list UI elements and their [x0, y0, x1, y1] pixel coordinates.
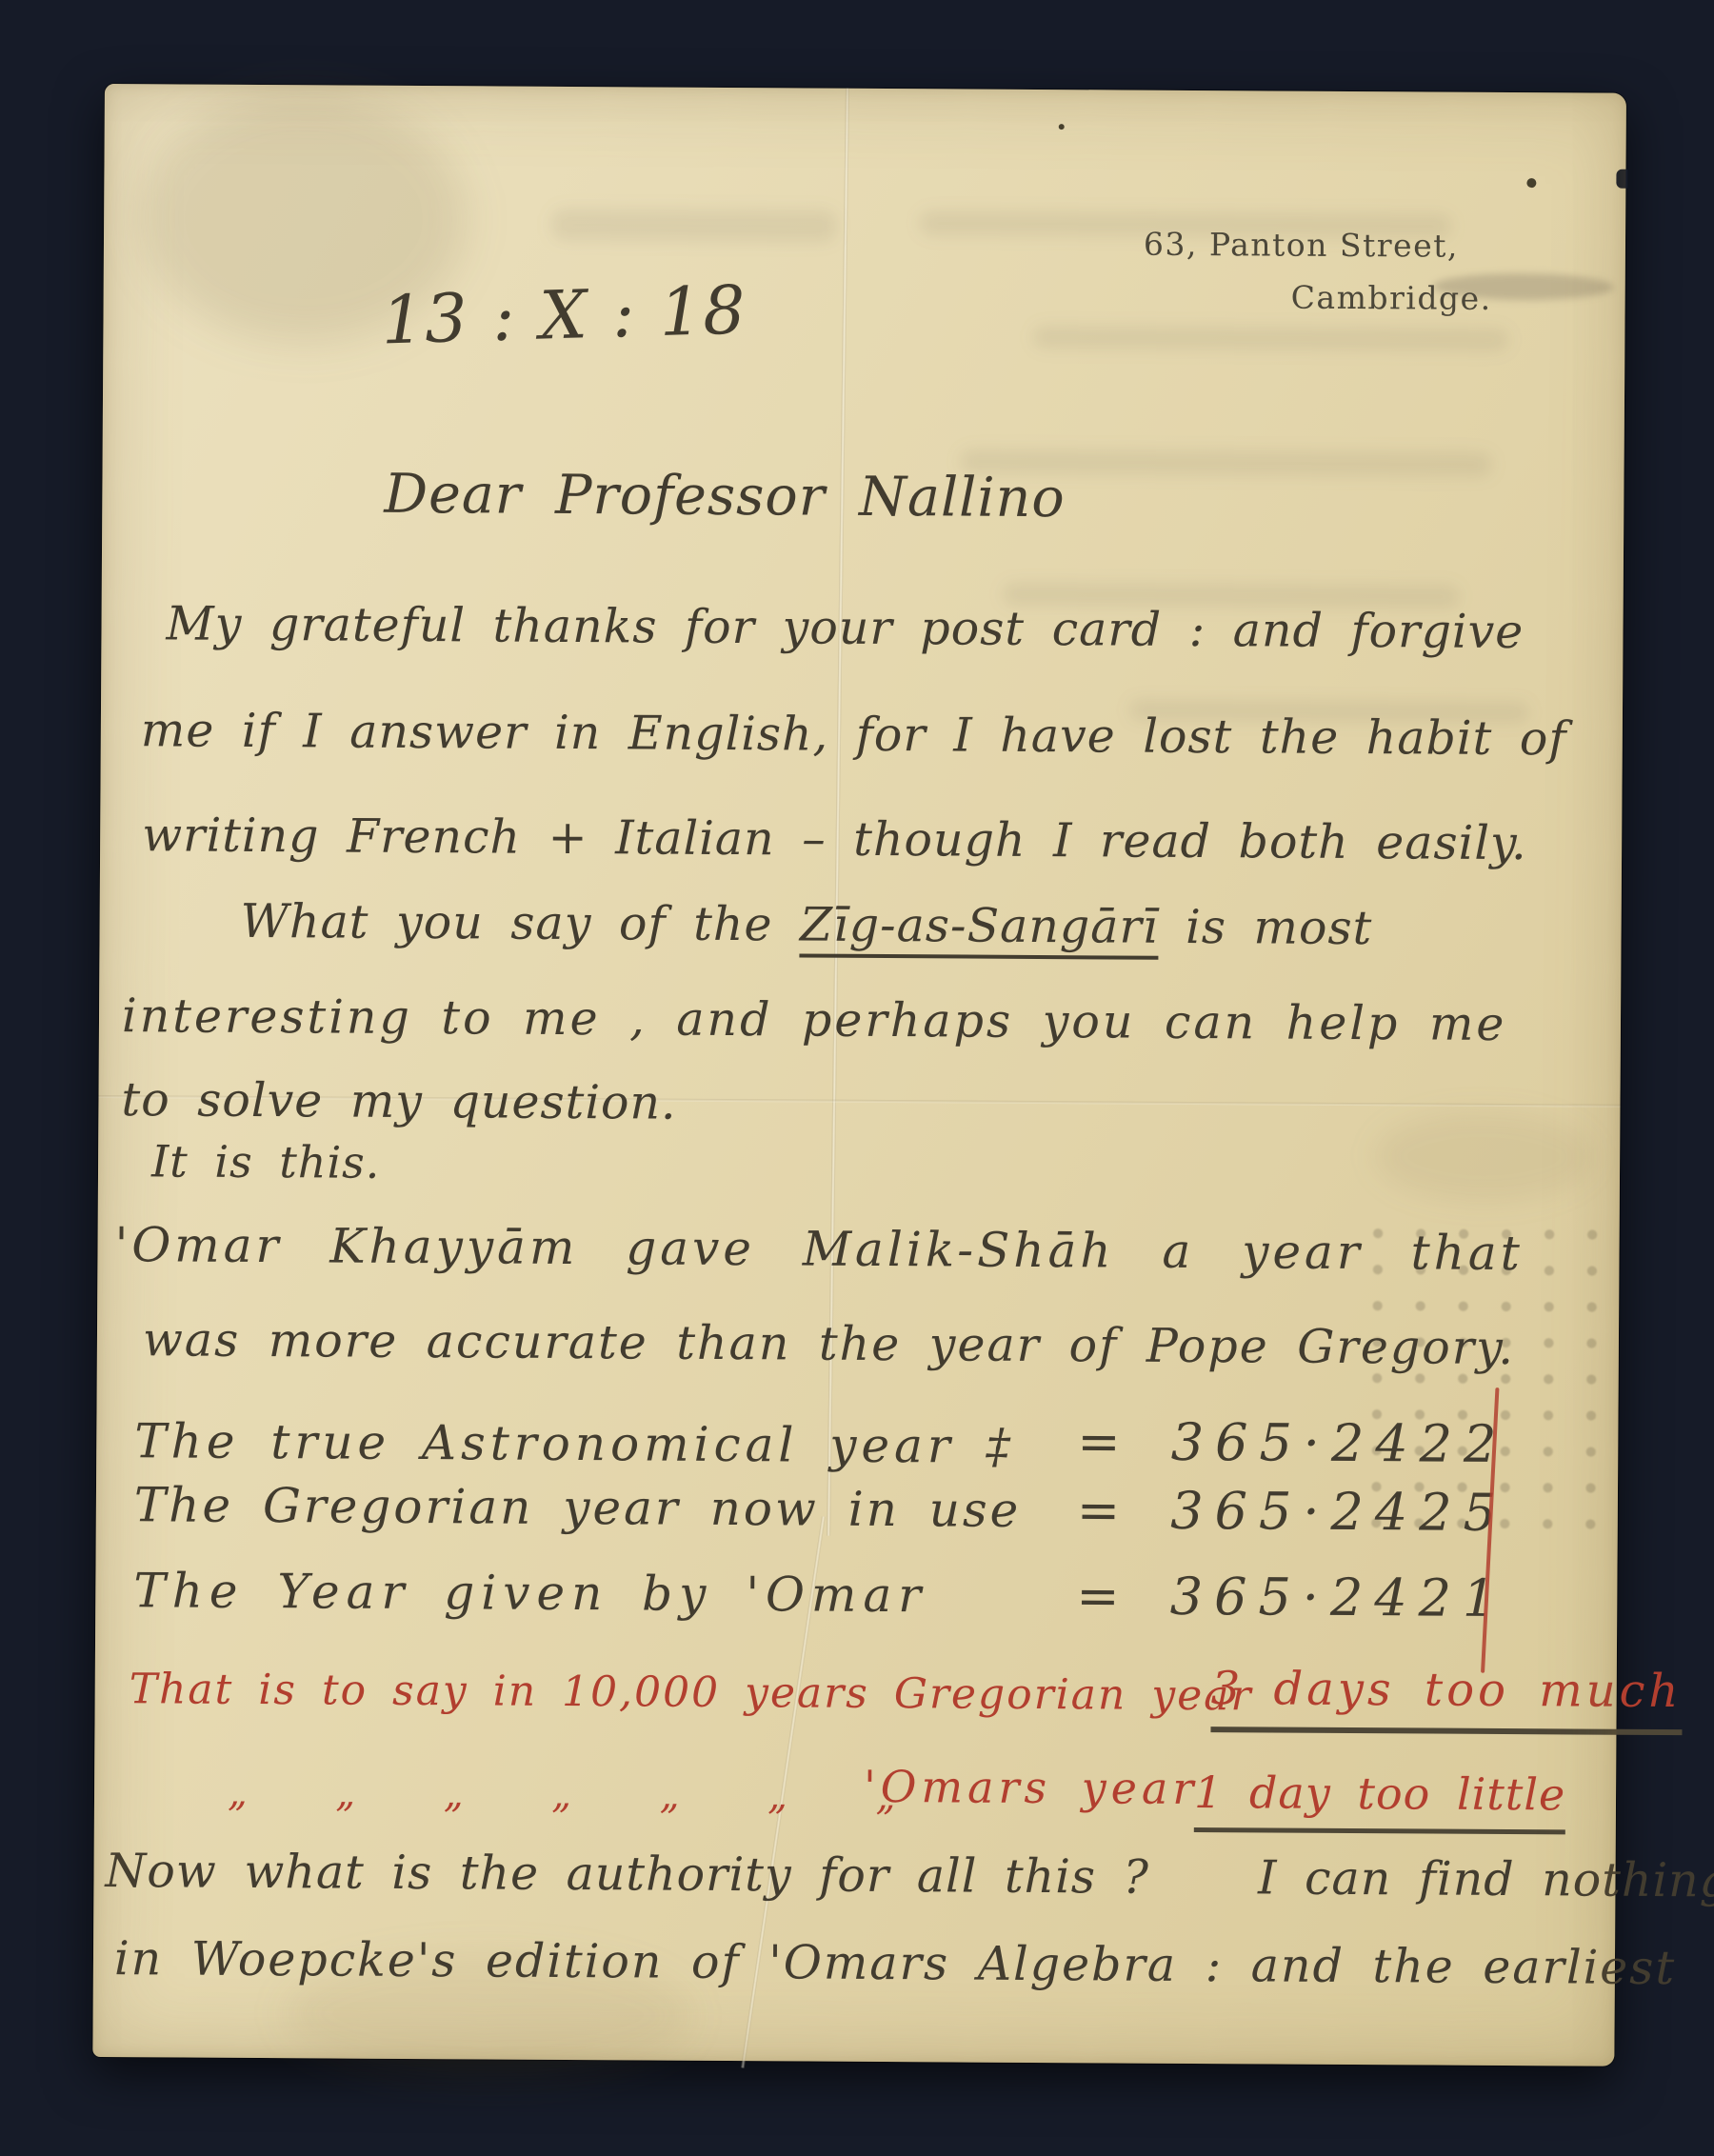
comparison-row-1-value: = 365·2422	[1077, 1413, 1507, 1472]
body-line-4: What you say of the Zīg-as-Sangārī is mo…	[240, 896, 1372, 954]
comparison-table: The true Astronomical year ‡ = 365·2422 …	[105, 84, 1626, 93]
comparison-row-3-label: The Year given by 'Omar	[133, 1565, 927, 1622]
comparison-row-2-label: The Gregorian year now in use	[134, 1479, 1022, 1537]
red-note-line-1: That is to say in 10,000 years Gregorian…	[130, 1667, 1253, 1720]
closing-line-2: in Woepcke's edition of 'Omars Algebra :…	[114, 1933, 1676, 1994]
body-line-8: 'Omar Khayyām gave Malik-Shāh a year tha…	[114, 1219, 1524, 1280]
body-line-5: interesting to me , and perhaps you can …	[122, 990, 1507, 1050]
letterhead-city: Cambridge.	[1144, 278, 1492, 317]
letterhead: 63, Panton Street, Cambridge.	[1144, 226, 1493, 317]
ink-dot	[1059, 124, 1065, 130]
letterhead-street: 63, Panton Street,	[1144, 226, 1492, 265]
body-line-9: was more accurate than the year of Pope …	[143, 1314, 1515, 1374]
red-note-emphasis-2: 1 day too little	[1194, 1768, 1566, 1819]
comparison-row-1-label: The true Astronomical year ‡	[134, 1415, 1015, 1473]
body-line-6: to solve my question.	[121, 1074, 676, 1128]
comparison-row-3-value: = 365·2421	[1076, 1567, 1506, 1627]
red-note-emphasis-1-text: 3 days too much	[1210, 1662, 1682, 1735]
date-line: 13 : X : 18	[380, 273, 747, 357]
ghost-writing-2	[1032, 326, 1508, 351]
paper-edge-notch	[1616, 170, 1627, 189]
body-line-4-pre: What you say of the	[240, 894, 800, 952]
letter-paper: 63, Panton Street, Cambridge. 13 : X : 1…	[92, 84, 1626, 2066]
red-note-emphasis-1: 3 days too much	[1211, 1664, 1683, 1717]
salutation-line: Dear Professor Nallino	[384, 465, 1066, 529]
stain-mid-right	[1374, 1110, 1594, 1202]
underlined-term-zij: Zīg-as-Sangārī	[800, 897, 1159, 959]
body-line-1: My grateful thanks for your post card : …	[166, 598, 1524, 658]
ghost-writing-6	[551, 209, 837, 243]
body-line-2: me if I answer in English, for I have lo…	[141, 705, 1567, 765]
closing-line-1: Now what is the authority for all this ?…	[105, 1846, 1714, 1906]
ditto-marks: „ „ „ „ „ „ „	[228, 1772, 897, 1818]
body-line-7: It is this.	[151, 1137, 381, 1187]
ink-fleck	[1526, 178, 1536, 188]
red-note-subject: 'Omars year	[864, 1763, 1199, 1813]
photo-background: { "colors": { "background": "#161b28", "…	[0, 0, 1714, 2156]
body-line-3: writing French + Italian – though I read…	[142, 809, 1527, 869]
comparison-row-2-value: = 365·2425	[1077, 1482, 1507, 1541]
body-line-4-post: is most	[1158, 900, 1372, 955]
red-note-emphasis-2-text: 1 day too little	[1194, 1767, 1566, 1834]
